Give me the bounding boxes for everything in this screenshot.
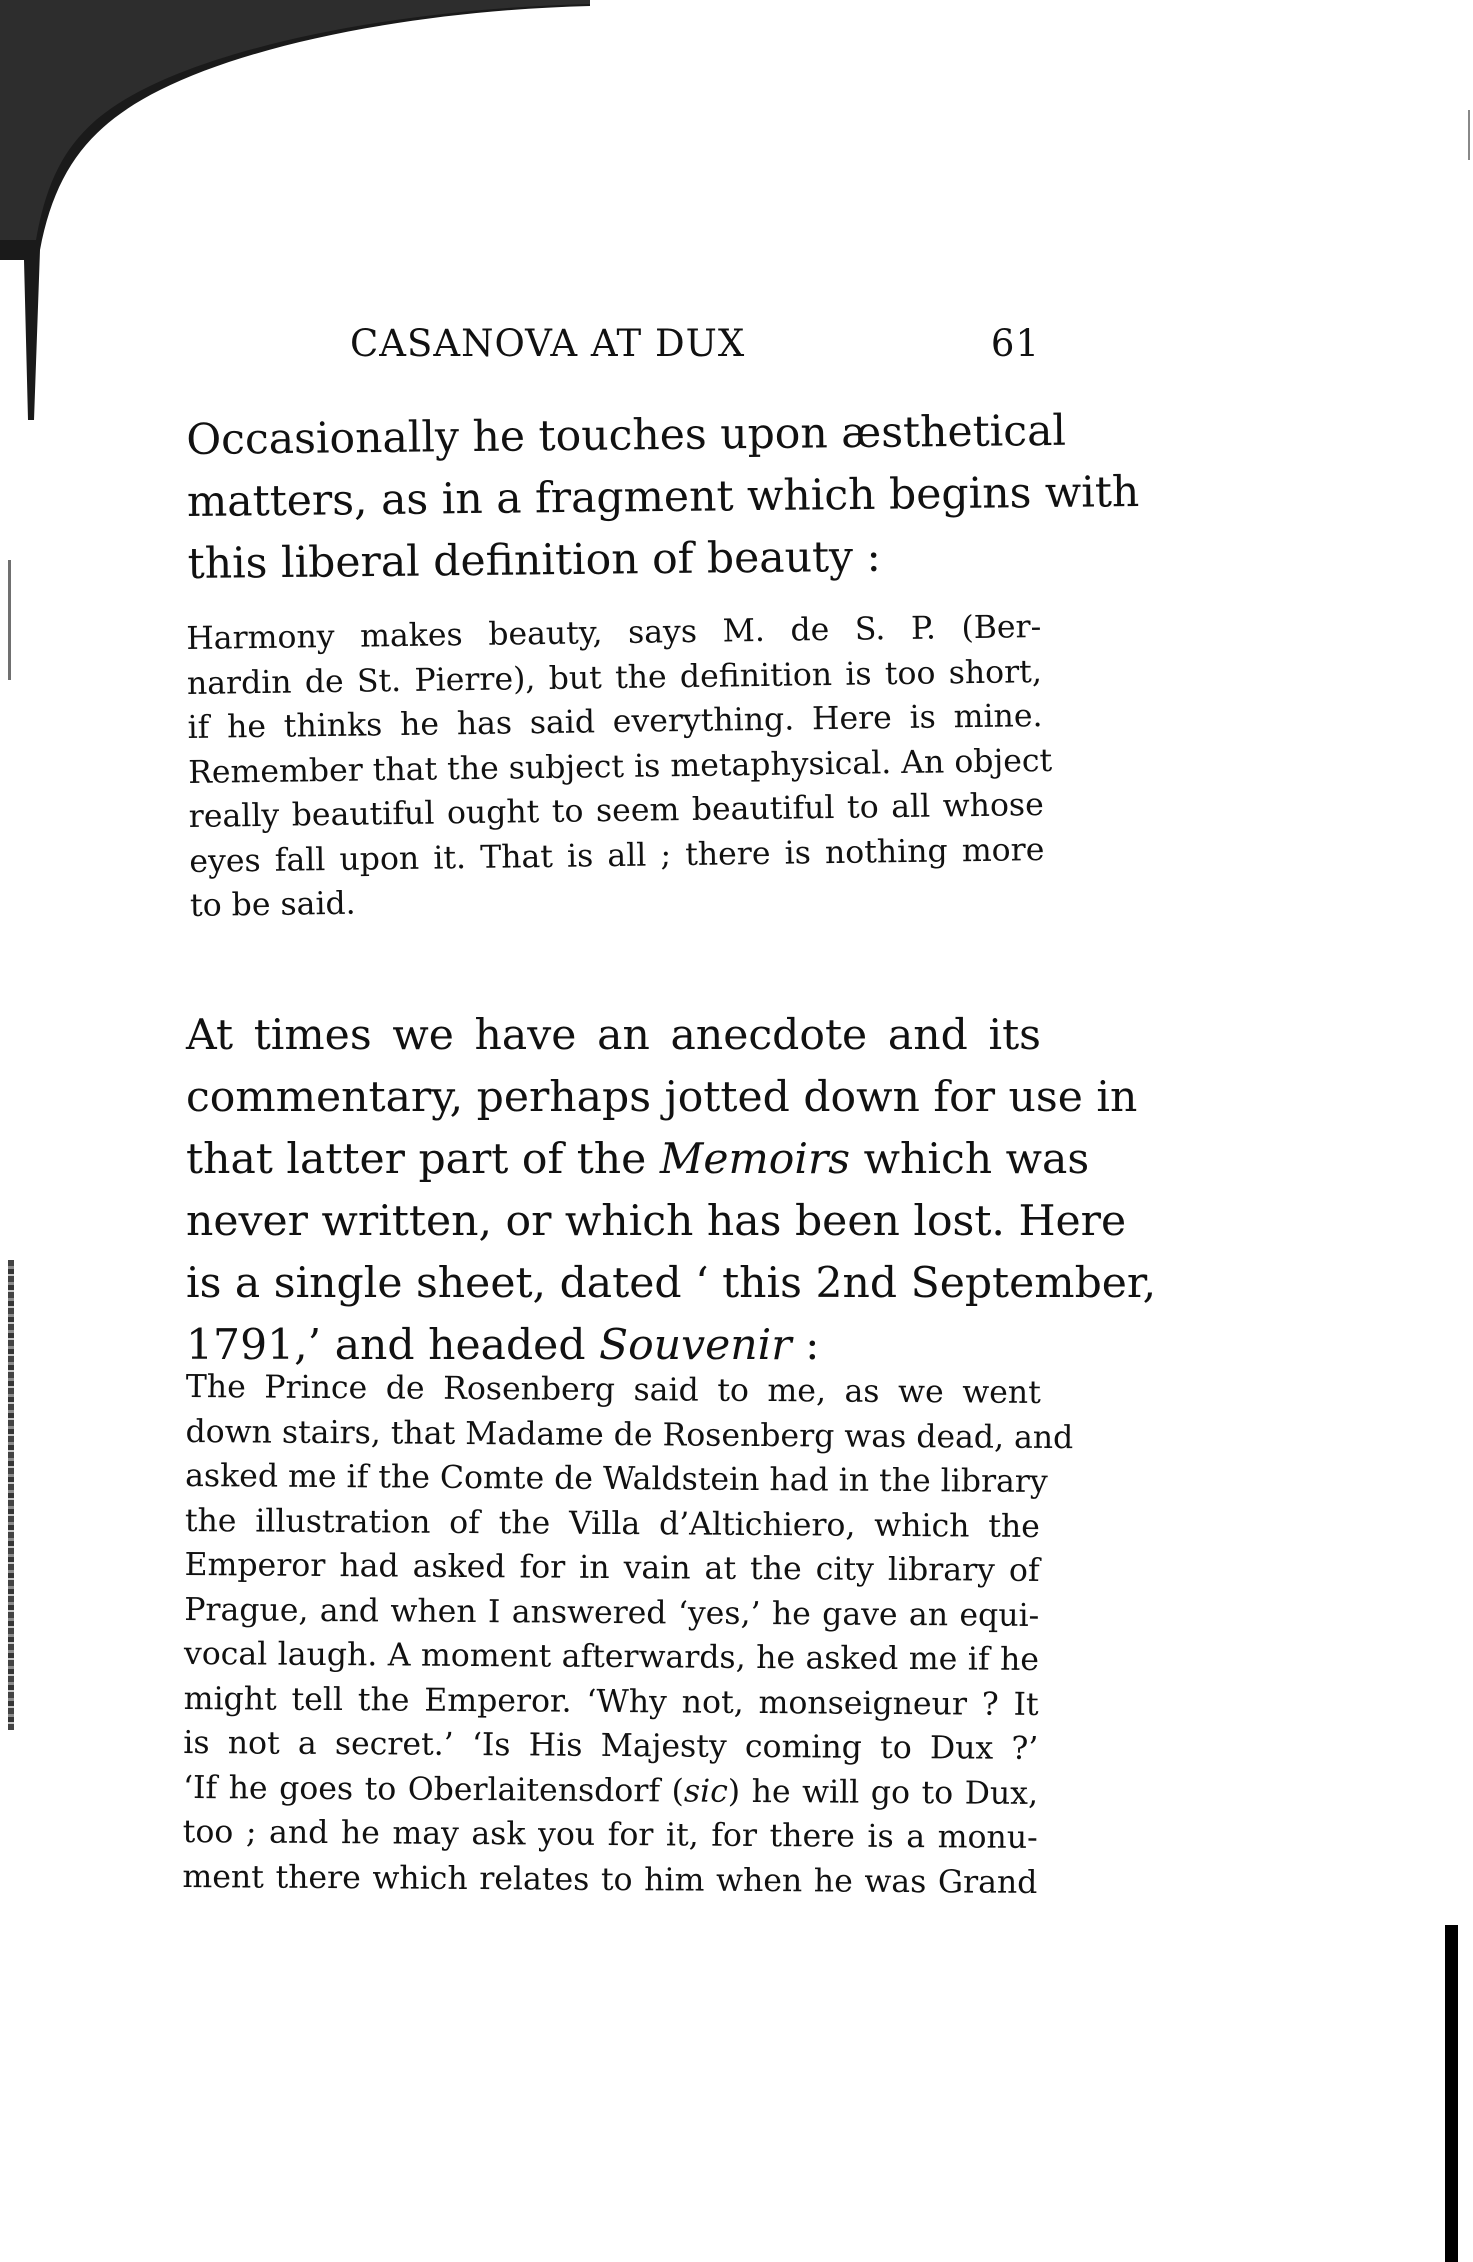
- text-run: :: [792, 1321, 820, 1370]
- quote-line: The Prince de Rosenberg said to me, as w…: [186, 1365, 1041, 1415]
- paragraph-line: commentary, perhaps jotted down for use …: [186, 1067, 1041, 1129]
- paragraph-aesthetics-intro: Occasionally he touches upon æsthetical …: [186, 401, 1043, 596]
- quote-line: might tell the Emperor. ‘Why not, monsei…: [184, 1676, 1039, 1726]
- quote-line: too ; and he may ask you for it, for the…: [183, 1810, 1038, 1860]
- italic-sic: sic: [684, 1773, 728, 1809]
- quote-line: asked me if the Comte de Waldstein had i…: [185, 1454, 1040, 1504]
- paragraph-line: never written, or which has been lost. H…: [186, 1191, 1041, 1253]
- paragraph-line: this liberal definition of beauty :: [187, 525, 1043, 596]
- quote-line: vocal laugh. A moment afterwards, he ask…: [184, 1632, 1039, 1682]
- scan-left-edge-mark: [8, 560, 11, 680]
- block-quote-beauty-definition: Harmony makes beauty, says M. de S. P. (…: [186, 605, 1045, 928]
- scan-right-edge-mark: [1468, 110, 1470, 160]
- scan-left-edge-strip: [8, 1260, 14, 1730]
- text-run: which was: [850, 1135, 1089, 1184]
- paragraph-line: is a single sheet, dated ‘ this 2nd Sept…: [186, 1253, 1041, 1315]
- paragraph-anecdote-intro: At times we have an anecdote and its com…: [186, 1005, 1041, 1377]
- quote-line: the illustration of the Villa d’Altichie…: [185, 1498, 1040, 1548]
- quote-line: down stairs, that Madame de Rosenberg wa…: [185, 1409, 1040, 1459]
- quote-line: ment there which relates to him when he …: [182, 1854, 1037, 1904]
- running-head: CASANOVA AT DUX 61: [350, 322, 1040, 365]
- paragraph-line: Occasionally he touches upon æsthetical: [186, 401, 1042, 472]
- quote-line: is not a secret.’ ‘Is His Majesty coming…: [183, 1721, 1038, 1771]
- paragraph-line: At times we have an anecdote and its: [186, 1005, 1041, 1067]
- text-run: that latter part of the: [186, 1135, 660, 1184]
- italic-title-memoirs: Memoirs: [660, 1135, 850, 1184]
- quote-line: ‘If he goes to Oberlaitensdorf (sic) he …: [183, 1765, 1038, 1815]
- text-run: ) he will go to Dux,: [728, 1773, 1038, 1811]
- text-run: ‘If he goes to Oberlaitensdorf (: [183, 1769, 684, 1808]
- text-run: 1791,’ and headed: [186, 1321, 599, 1370]
- block-quote-souvenir: The Prince de Rosenberg said to me, as w…: [182, 1365, 1041, 1905]
- quote-line: Prague, and when I answered ‘yes,’ he ga…: [184, 1587, 1039, 1637]
- paragraph-line: matters, as in a fragment which begins w…: [187, 463, 1043, 534]
- scan-right-edge-bar: [1445, 1925, 1458, 2262]
- italic-title-souvenir: Souvenir: [599, 1321, 792, 1370]
- quote-line: Emperor had asked for in vain at the cit…: [184, 1543, 1039, 1593]
- running-head-title: CASANOVA AT DUX: [350, 322, 745, 365]
- page-number: 61: [991, 322, 1040, 365]
- paragraph-line: that latter part of the Memoirs which wa…: [186, 1129, 1041, 1191]
